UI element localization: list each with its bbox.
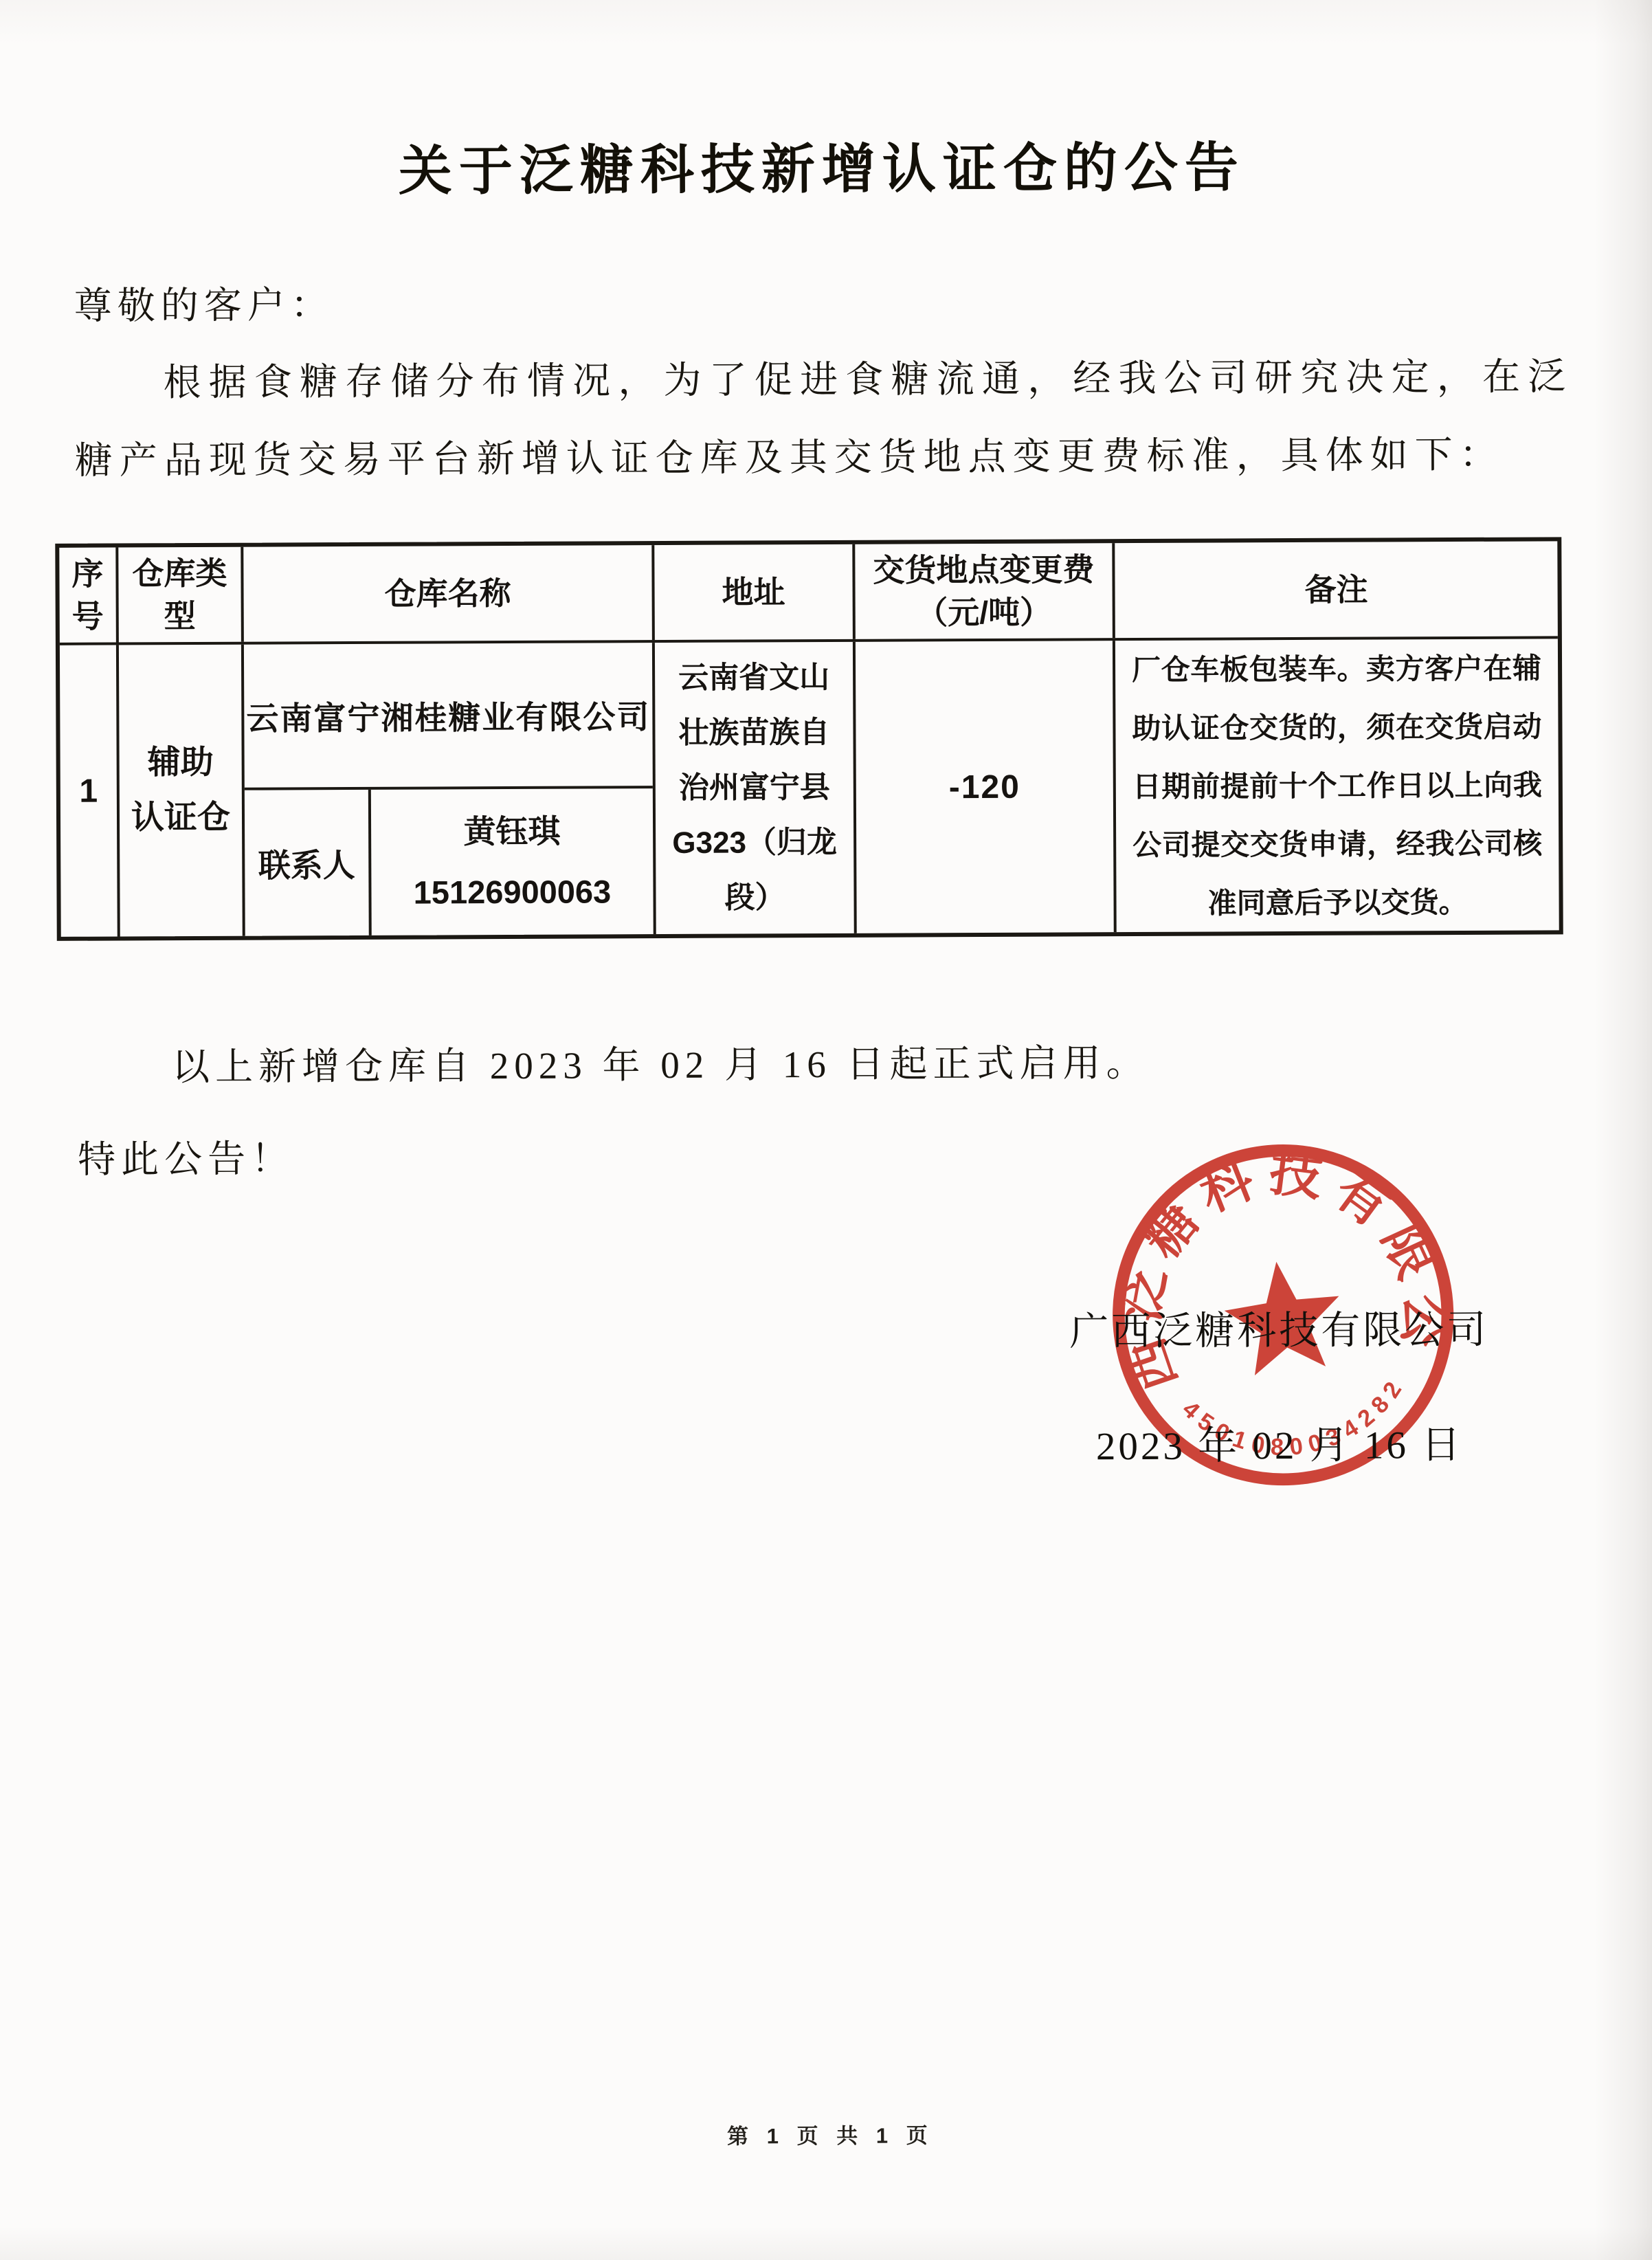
cell-contact-row: 联系人 黄钰琪 15126900063 [245, 788, 654, 936]
header-fee-line1: 交货地点变更费 [873, 548, 1094, 591]
scanned-announcement-page: 关于泛糖科技新增认证仓的公告 尊敬的客户： 根据食糖存储分布情况，为了促进食糖流… [0, 0, 1652, 2260]
cell-contact-value: 黄钰琪 15126900063 [371, 788, 654, 935]
page-title: 关于泛糖科技新增认证仓的公告 [0, 123, 1648, 207]
closing-line: 以上新增仓库自 2023 年 02 月 16 日起正式启用。 [77, 1030, 1575, 1092]
remark-text: 厂仓车板包装车。卖方客户在辅助认证仓交货的，须在交货启动日期前提前十个工作日以上… [1132, 639, 1543, 933]
table-row: 1 辅助 认证仓 云南富宁湘桂糖业有限公司 联系人 黄钰琪 1512690006… [60, 639, 1559, 937]
header-fee-lines: 交货地点变更费 （元/吨） [873, 548, 1095, 634]
header-warehouse-type: 仓库类型 [118, 547, 244, 643]
header-fee-line2: （元/吨） [873, 590, 1095, 634]
document-content: 关于泛糖科技新增认证仓的公告 尊敬的客户： 根据食糖存储分布情况，为了促进食糖流… [0, 0, 1652, 2260]
salutation: 尊敬的客户： [74, 274, 334, 330]
signature-date: 2023 年 02 月 16 日 [998, 1387, 1562, 1505]
header-address: 地址 [654, 544, 856, 640]
cell-warehouse-type: 辅助 认证仓 [119, 645, 245, 937]
contact-name: 黄钰琪 [463, 801, 560, 863]
contact-phone: 15126900063 [414, 861, 612, 922]
signature-company: 广西泛糖科技有限公司 [997, 1272, 1561, 1390]
cell-fee: -120 [856, 641, 1117, 933]
header-warehouse-name: 仓库名称 [243, 545, 655, 642]
header-remark: 备注 [1115, 541, 1558, 638]
header-fee: 交货地点变更费 （元/吨） [855, 543, 1115, 639]
cell-contact-label: 联系人 [245, 790, 372, 936]
warehouse-table: 序号 仓库类型 仓库名称 地址 交货地点变更费 （元/吨） 备注 1 辅助 认证… [55, 537, 1563, 941]
body-paragraph: 根据食糖存储分布情况，为了促进食糖流通，经我公司研究决定，在泛糖产品现货交易平台… [74, 337, 1573, 500]
page-footer: 第 1 页 共 1 页 [4, 2115, 1652, 2153]
cell-warehouse-name: 云南富宁湘桂糖业有限公司 [244, 643, 653, 790]
header-index: 序号 [59, 547, 119, 642]
cell-index: 1 [60, 645, 120, 936]
address-text: 云南省文山壮族苗族自治州富宁县G323（归龙段） [667, 650, 842, 926]
cell-remark: 厂仓车板包装车。卖方客户在辅助认证仓交货的，须在交货启动日期前提前十个工作日以上… [1115, 639, 1559, 932]
signature-block: 广西泛糖科技有限公司 2023 年 02 月 16 日 [997, 1272, 1561, 1505]
table-header-row: 序号 仓库类型 仓库名称 地址 交货地点变更费 （元/吨） 备注 [59, 541, 1558, 645]
cell-address: 云南省文山壮族苗族自治州富宁县G323（归龙段） [655, 642, 857, 934]
cell-warehouse-name-group: 云南富宁湘桂糖业有限公司 联系人 黄钰琪 15126900063 [244, 643, 656, 936]
notice-line: 特此公告！ [78, 1128, 294, 1183]
